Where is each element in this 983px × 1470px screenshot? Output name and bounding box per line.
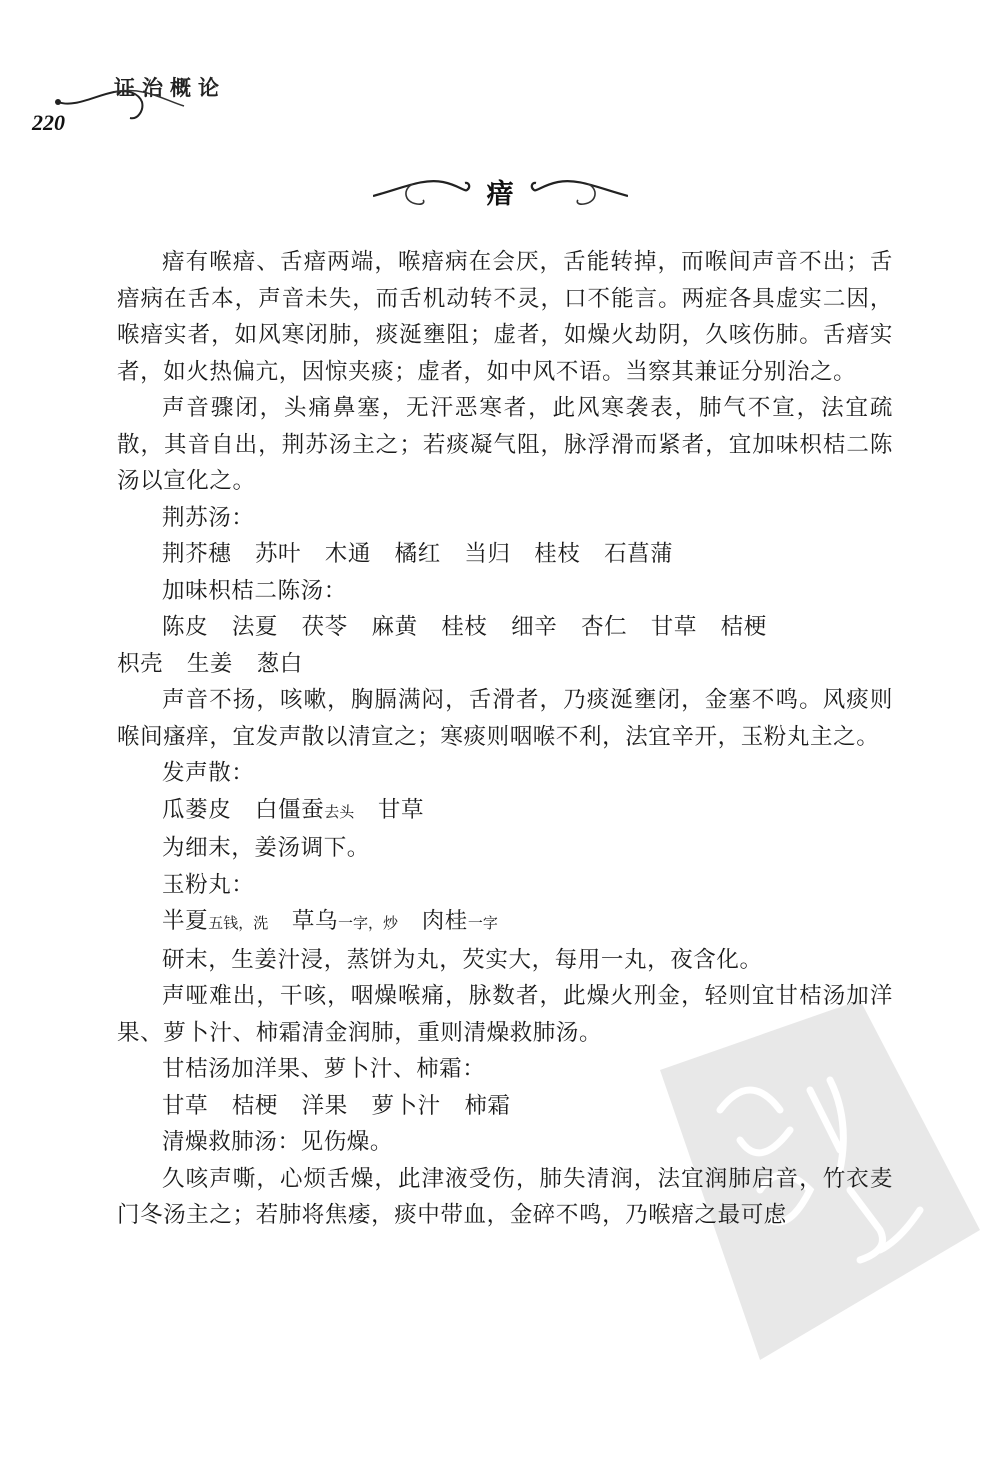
formula-herbs-zhijie-erchen: 陈皮法夏茯苓麻黄桂枝细辛杏仁甘草桔梗 xyxy=(117,609,893,646)
formula-herbs-fasheng: 瓜蒌皮白僵蚕去头甘草 xyxy=(117,792,893,831)
page-number: 220 xyxy=(32,110,65,136)
herb: 木通 xyxy=(325,541,371,567)
formula-herbs-jingsu: 荆芥穗苏叶木通橘红当归桂枝石菖蒲 xyxy=(117,536,893,573)
paragraph-wind-cold: 声音骤闭，头痛鼻塞，无汗恶寒者，此风寒袭表，肺气不宣，法宜疏散，其音自出，荆苏汤… xyxy=(117,390,893,500)
herb-note: 去头 xyxy=(324,803,354,821)
herb-note: 五钱，洗 xyxy=(208,914,268,932)
header-flourish-icon xyxy=(54,88,204,128)
herb: 甘草 xyxy=(378,797,424,823)
formula-name-jingsu: 荆苏汤： xyxy=(117,500,893,537)
herb: 桂枝 xyxy=(534,541,580,567)
herb: 柿霜 xyxy=(464,1093,510,1119)
herb: 瓜蒌皮 xyxy=(162,797,231,823)
herb-note: 一字，炒 xyxy=(338,914,398,932)
herb: 法夏 xyxy=(232,614,278,640)
herb: 枳壳 xyxy=(117,651,163,677)
formula-name-fasheng: 发声散： xyxy=(117,755,893,792)
formula-herbs-ganjie: 甘草桔梗洋果萝卜汁柿霜 xyxy=(117,1088,893,1125)
herb: 半夏五钱，洗 xyxy=(162,908,268,934)
herb: 桂枝 xyxy=(441,614,487,640)
herb: 当归 xyxy=(464,541,510,567)
herb: 茯苓 xyxy=(302,614,348,640)
herb: 草乌一字，炒 xyxy=(292,908,398,934)
page-header: 证治概论 220 xyxy=(30,62,350,142)
paragraph-overview: 瘖有喉瘖、舌瘖两端，喉瘖病在会厌，舌能转掉，而喉间声音不出；舌瘖病在舌本，声音未… xyxy=(117,244,893,390)
herb: 细辛 xyxy=(511,614,557,640)
herb: 桔梗 xyxy=(232,1093,278,1119)
herb-note: 一字 xyxy=(468,914,498,932)
herb: 石菖蒲 xyxy=(604,541,673,567)
herb: 麻黄 xyxy=(371,614,417,640)
herb: 甘草 xyxy=(162,1093,208,1119)
paragraph-dry-fire: 声哑难出，干咳，咽燥喉痛，脉数者，此燥火刑金，轻则宜甘桔汤加洋果、萝卜汁、柿霜清… xyxy=(117,978,893,1051)
herb: 葱白 xyxy=(257,651,303,677)
formula-name-yufen: 玉粉丸： xyxy=(117,867,893,904)
herb: 苏叶 xyxy=(255,541,301,567)
formula-herbs-yufen: 半夏五钱，洗草乌一字，炒肉桂一字 xyxy=(117,903,893,942)
ornament-right-icon xyxy=(528,174,628,208)
herb: 白僵蚕去头 xyxy=(255,797,354,823)
herb: 生姜 xyxy=(187,651,233,677)
formula-herbs-zhijie-erchen-cont: 枳壳生姜葱白 xyxy=(117,646,893,683)
paragraph-chronic-cough: 久咳声嘶，心烦舌燥，此津液受伤，肺失清润，法宜润肺启音，竹衣麦门冬汤主之；若肺将… xyxy=(117,1161,893,1234)
section-title: 瘖 xyxy=(487,172,514,211)
herb: 杏仁 xyxy=(581,614,627,640)
paragraph-phlegm: 声音不扬，咳嗽，胸膈满闷，舌滑者，乃痰涎壅闭，金塞不鸣。风痰则喉间瘙痒，宜发声散… xyxy=(117,682,893,755)
herb: 洋果 xyxy=(302,1093,348,1119)
herb: 荆芥穗 xyxy=(162,541,231,567)
herb: 萝卜汁 xyxy=(371,1093,440,1119)
ornament-left-icon xyxy=(373,174,473,208)
formula-name-zhijie-erchen: 加味枳桔二陈汤： xyxy=(117,573,893,610)
formula-name-ganjie: 甘桔汤加洋果、萝卜汁、柿霜： xyxy=(117,1051,893,1088)
formula-method-yufen: 研末，生姜汁浸，蒸饼为丸，芡实大，每用一丸，夜含化。 xyxy=(117,942,893,979)
herb: 橘红 xyxy=(395,541,441,567)
herb: 甘草 xyxy=(651,614,697,640)
herb: 桔梗 xyxy=(721,614,767,640)
formula-reference-qingzao: 清燥救肺汤：见伤燥。 xyxy=(117,1124,893,1161)
herb: 陈皮 xyxy=(162,614,208,640)
page-body: 瘖有喉瘖、舌瘖两端，喉瘖病在会厌，舌能转掉，而喉间声音不出；舌瘖病在舌本，声音未… xyxy=(117,244,893,1234)
section-heading: 瘖 xyxy=(360,166,640,216)
formula-method-fasheng: 为细末，姜汤调下。 xyxy=(117,830,893,867)
herb: 肉桂一字 xyxy=(422,908,498,934)
